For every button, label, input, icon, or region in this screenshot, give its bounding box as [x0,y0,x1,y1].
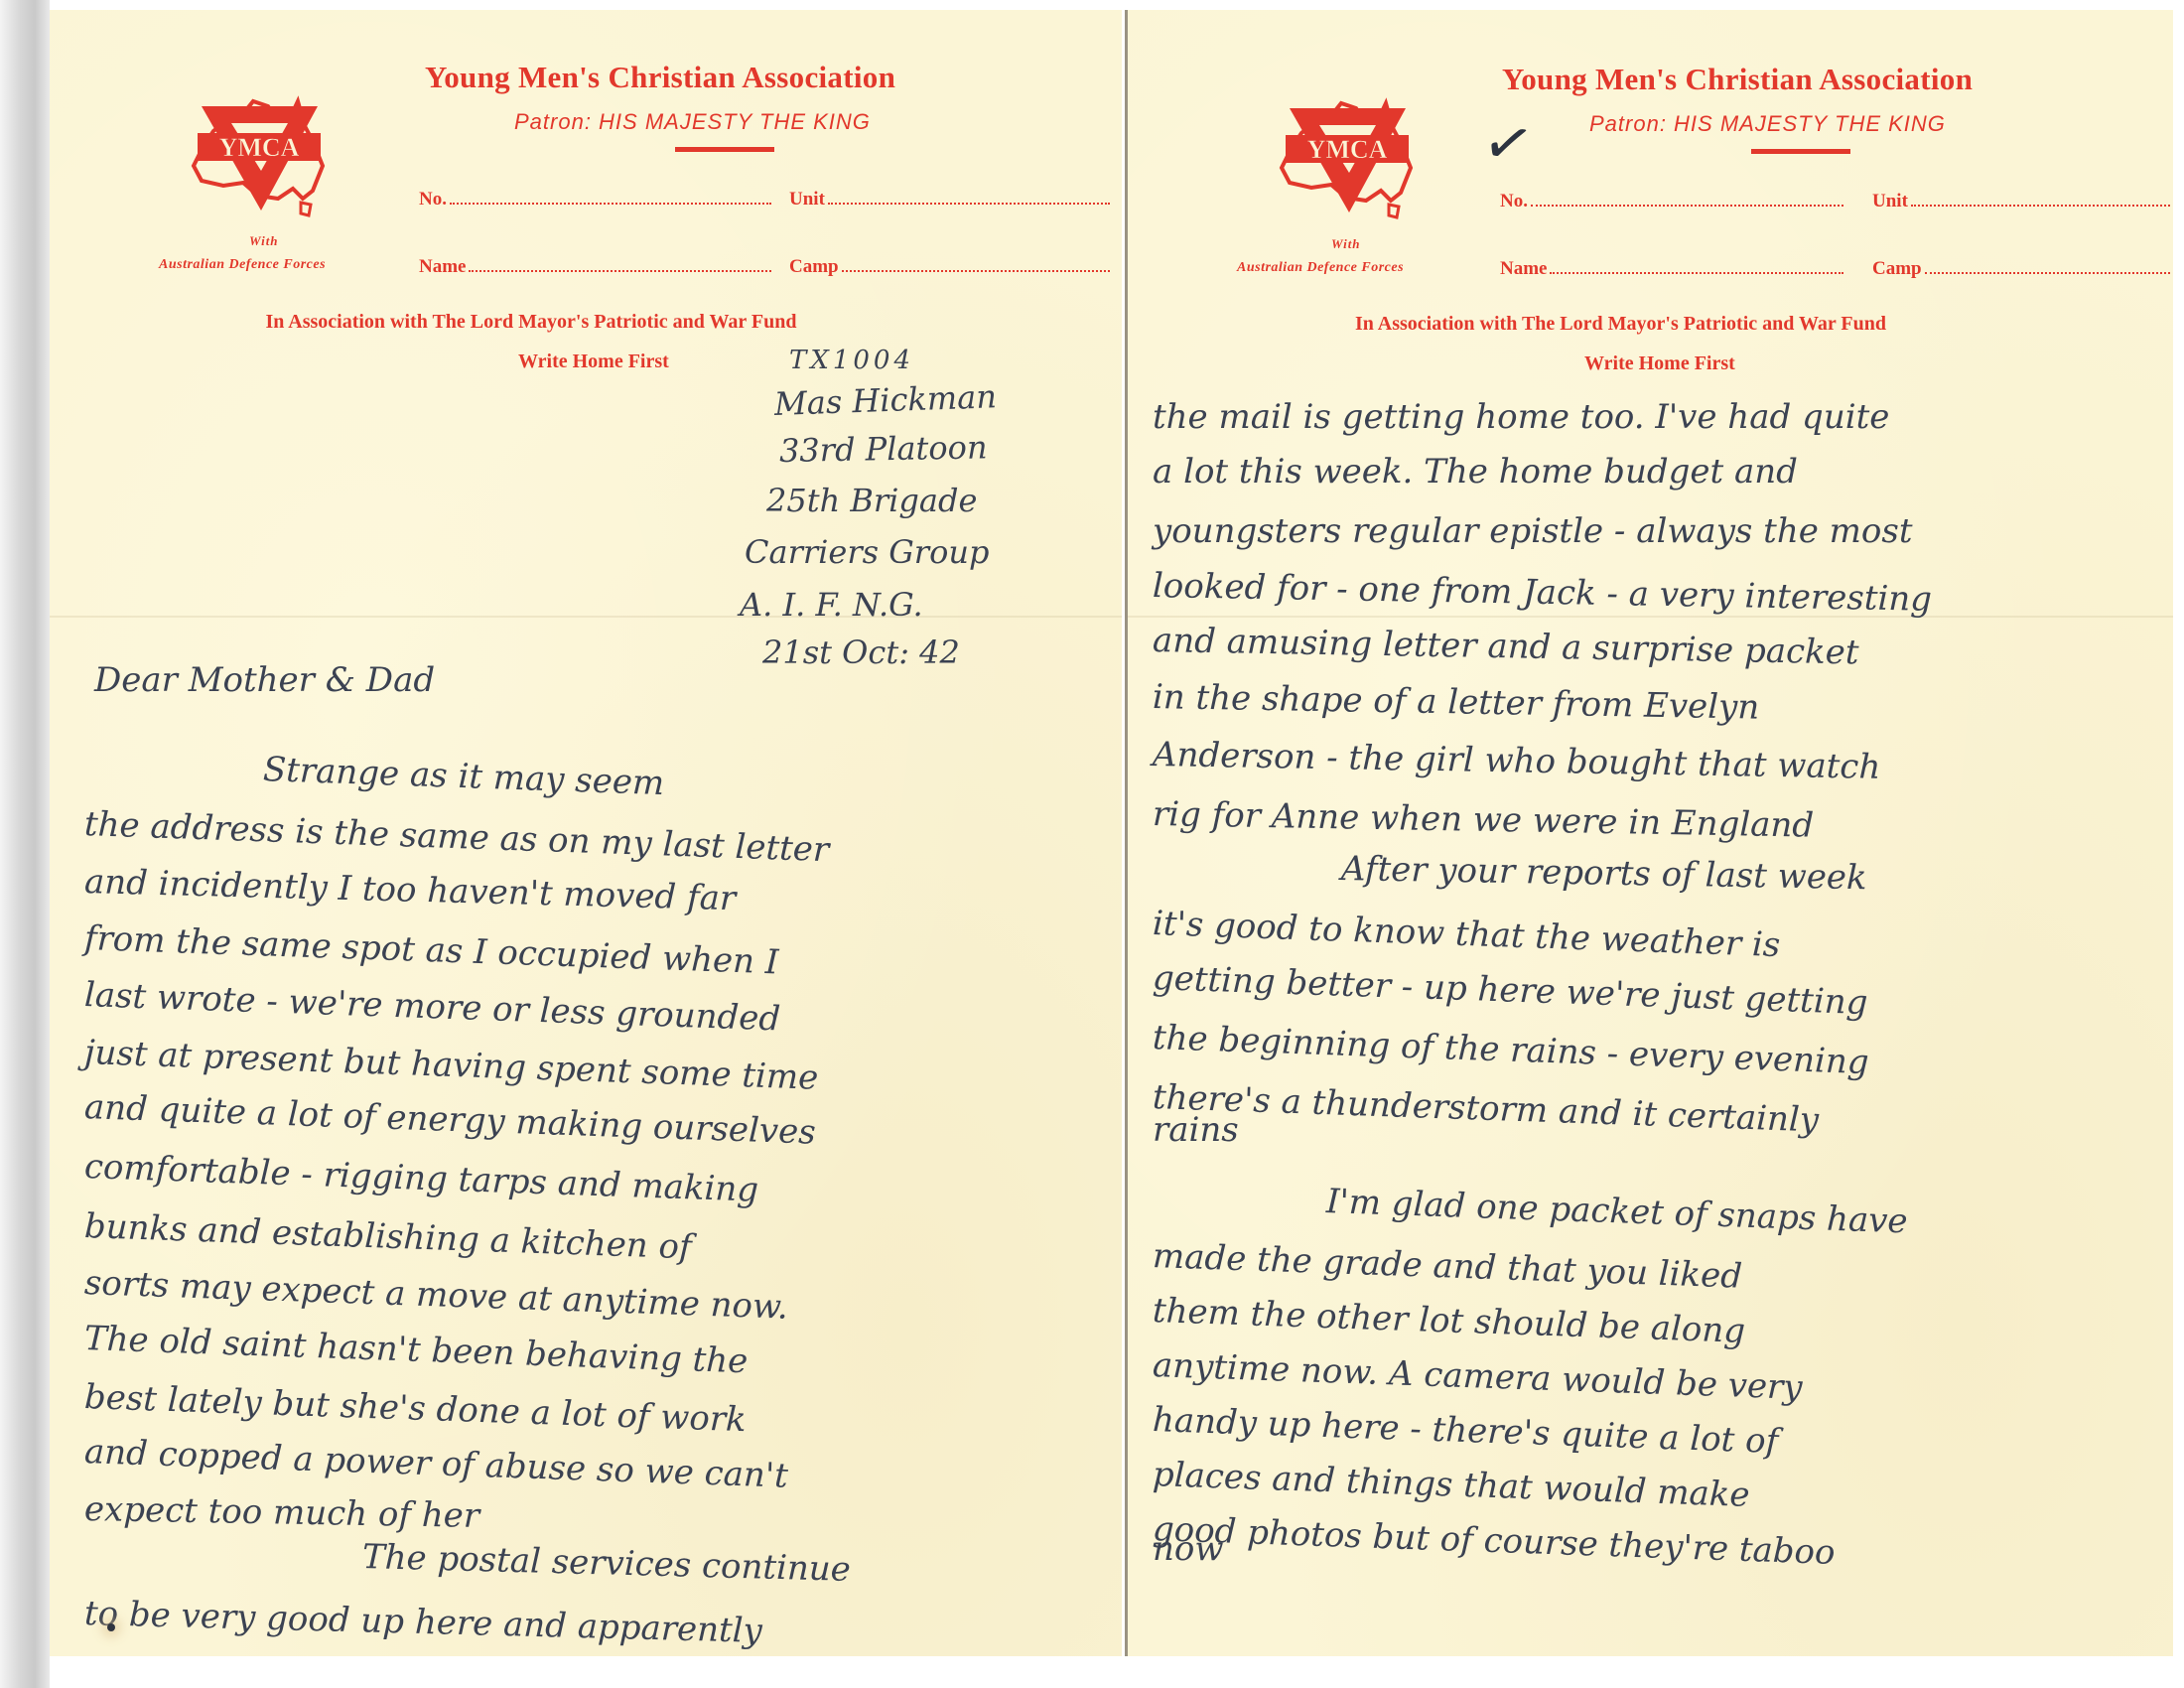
body-line: comfortable - rigging tarps and making [83,1147,758,1210]
fold-crease [50,616,1122,618]
name-label: Name [419,256,466,278]
check-mark-icon: ✓ [1476,105,1540,184]
body-line: expect too much of her [84,1489,480,1536]
body-line: the beginning of the rains - every eveni… [1152,1018,1869,1082]
write-home-first: Write Home First [1584,352,1735,375]
name-field[interactable]: Name [1500,258,1843,280]
association-line: In Association with The Lord Mayor's Pat… [1128,313,2114,336]
body-line: bunks and establishing a kitchen of [83,1206,692,1267]
address-line: 25th Brigade [766,482,977,519]
body-line: Anderson - the girl who bought that watc… [1153,735,1881,787]
patron-line: Patron: HIS MAJESTY THE KING [1589,111,1946,137]
body-line: handy up here - there's quite a lot of [1152,1400,1779,1462]
body-line: in the shape of a letter from Evelyn [1153,677,1760,728]
body-line: rig for Anne when we were in England [1153,794,1815,846]
with-label: With [249,233,279,249]
body-line: it's good to know that the weather is [1152,904,1781,965]
salutation: Dear Mother & Dad [94,660,435,700]
forces-label: Australian Defence Forces [159,257,326,273]
body-line: and copped a power of abuse so we can't [83,1432,788,1496]
body-line: sorts may expect a move at anytime now. [83,1263,788,1328]
body-line: The old saint hasn't been behaving the [83,1319,749,1381]
no-label: No. [419,189,447,211]
unit-field[interactable]: Unit [1872,191,2170,212]
unit-label: Unit [1872,191,1908,212]
body-line: places and things that would make [1152,1455,1750,1515]
with-label: With [1331,236,1361,252]
logo-text: YMCA [1307,135,1388,164]
body-line: The postal services continue [361,1537,851,1590]
logo-text: YMCA [219,133,300,162]
body-line: to be very good up here and apparently [83,1594,762,1651]
no-field[interactable]: No. [1500,191,1843,212]
no-label: No. [1500,191,1528,212]
date-line: 21st Oct: 42 [762,633,960,671]
name-label: Name [1500,258,1547,280]
name-field[interactable]: Name [419,256,771,278]
body-line: from the same spot as I occupied when I [83,918,779,982]
body-line: just at present but having spent some ti… [83,1033,819,1098]
body-line: the address is the same as on my last le… [83,804,830,870]
body-line: looked for - one from Jack - a very inte… [1153,566,1933,620]
body-line: a lot this week. The home budget and [1153,452,1798,492]
body-line: the mail is getting home too. I've had q… [1153,397,1889,437]
address-line: Carriers Group [745,533,989,571]
org-title: Young Men's Christian Association [425,60,895,95]
body-line: anytime now. A camera would be very [1152,1345,1803,1408]
body-line: youngsters regular epistle - always the … [1153,511,1912,551]
org-title: Young Men's Christian Association [1502,62,1973,97]
body-line: now [1153,1529,1223,1569]
association-line: In Association with The Lord Mayor's Pat… [50,311,1013,334]
address-line: A. I. F. N.G. [740,586,923,624]
body-line: I'm glad one packet of snaps have [1325,1182,1908,1241]
patron-underline [1751,149,1850,154]
write-home-first: Write Home First [518,351,669,373]
body-line: After your reports of last week [1341,849,1867,898]
body-line: made the grade and that you liked [1152,1236,1742,1297]
body-line: Strange as it may seem [262,750,665,803]
unit-field[interactable]: Unit [789,189,1110,211]
ink-spot [107,1623,115,1631]
body-line: last wrote - we're more or less grounded [83,975,781,1039]
body-line: good photos but of course they're taboo [1152,1509,1836,1573]
body-line: best lately but she's done a lot of work [83,1377,747,1440]
body-line: them the other lot should be along [1152,1291,1745,1351]
address-line: Mas Hickman [773,377,997,423]
camp-label: Camp [1872,258,1922,280]
forces-label: Australian Defence Forces [1237,260,1404,276]
camp-field[interactable]: Camp [1872,258,2170,280]
no-field[interactable]: No. [419,189,771,211]
ymca-australia-logo-icon: YMCA [184,71,333,220]
camp-label: Camp [789,256,839,278]
body-line: and amusing letter and a surprise packet [1153,621,1859,672]
letter-page-1: YMCA With Australian Defence Forces Youn… [50,10,1122,1656]
body-line: there's a thunderstorm and it certainly [1152,1077,1819,1140]
fold-crease [1128,616,2173,618]
body-line: rains [1153,1110,1239,1150]
service-number: TX1004 [789,346,914,375]
letter-page-2: YMCA With Australian Defence Forces ✓ Yo… [1125,10,2173,1656]
ymca-australia-logo-icon: YMCA [1272,73,1421,222]
patron-line: Patron: HIS MAJESTY THE KING [514,109,871,135]
body-line: and incidently I too haven't moved far [83,862,736,918]
unit-label: Unit [789,189,825,211]
body-line: getting better - up here we're just gett… [1152,958,1868,1023]
scanner-edge [0,0,50,1688]
camp-field[interactable]: Camp [789,256,1110,278]
body-line: and quite a lot of energy making ourselv… [83,1087,816,1153]
address-line: 33rd Platoon [779,428,988,470]
patron-underline [675,147,774,152]
